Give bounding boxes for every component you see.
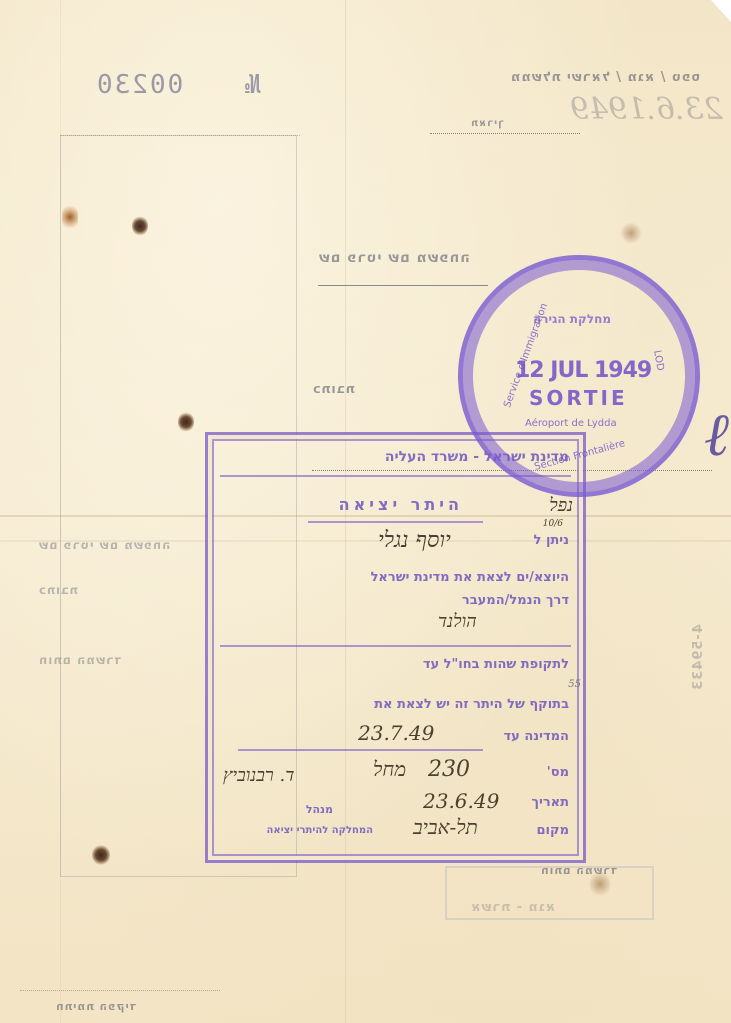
serial-prefix: № xyxy=(245,70,261,100)
stamp-sortie: SORTIE xyxy=(529,386,628,410)
stamp-date: 12 JUL 1949 xyxy=(515,358,651,383)
left-mirrored-text: שם פרטי שם משפחה xyxy=(38,538,170,552)
validity-text: בתוקף של היתר זה יש לצאת את xyxy=(374,697,569,712)
given-to-label: ניתן ל xyxy=(534,533,569,548)
exit-permit-stamp: מדינת ישראל - משרד העליה היתר יציאה נפל … xyxy=(205,432,586,863)
issue-date: 23.6.49 xyxy=(423,789,499,813)
exit-date-stamp: מחלקת הגירה 12 JUL 1949 SORTIE Aéroport … xyxy=(458,255,700,497)
stamp-ring-bottom: Section Frontalière xyxy=(533,438,626,473)
serial-number: 00230 xyxy=(95,70,183,100)
leave-by-date: 23.7.49 xyxy=(358,721,434,745)
date-label: תאריך xyxy=(470,118,504,129)
leave-by-label: המדינה עד xyxy=(504,729,569,744)
stain xyxy=(620,222,642,244)
stamp-ring-right: LOD xyxy=(651,349,665,371)
corner-date: 10/6 xyxy=(543,519,563,529)
corner-note: נפל xyxy=(549,495,573,516)
stamp-title: היתר יציאה xyxy=(339,495,463,514)
left-mirrored-text: כתובת xyxy=(38,583,78,597)
issue-place: תל-אביב xyxy=(413,815,478,840)
date-label: תאריך xyxy=(531,795,569,810)
official-signature: ד. רבנוביץ xyxy=(223,765,294,786)
burn-hole xyxy=(92,845,110,865)
name-underline xyxy=(318,285,488,286)
margin-note: 4-59433 xyxy=(691,624,706,691)
exit-country-text: היוצא/ים לצאת את מדינת ישראל xyxy=(371,570,569,585)
date-field-line xyxy=(430,133,580,134)
stamp-airport: Aéroport de Lydda xyxy=(525,418,617,429)
place-label: מקום xyxy=(537,823,570,838)
stamp-divider xyxy=(220,645,571,647)
stay-abroad-text: לתקופת שהות בחו"ל עד xyxy=(423,657,569,672)
handwritten-mark: ℓ xyxy=(704,400,729,470)
stamp-divider xyxy=(308,521,483,523)
address-line: כתובת xyxy=(312,382,355,397)
rust-stain xyxy=(62,205,78,229)
number-label: מס' xyxy=(547,765,569,780)
stain xyxy=(590,870,610,898)
side-number: 55 xyxy=(568,679,581,690)
left-mirrored-text: חותם המשרד xyxy=(38,653,121,667)
faint-date: 23.6.1949 xyxy=(570,92,723,127)
form-code: ממשלת ישראל / מגא / טפס xyxy=(510,70,700,85)
permit-number-extra: מחל xyxy=(373,757,406,782)
document-page: 00230 № ממשלת ישראל / מגא / טפס תאריך 23… xyxy=(0,0,731,1023)
ghost-stamp-text: אשרת - מגא xyxy=(470,900,555,915)
clerk-signature-label: חתימת הפקיד xyxy=(55,1000,136,1013)
name-line: שם פרטי שם משפחה xyxy=(318,250,470,266)
signature-line xyxy=(20,990,220,991)
department-label: המחלקה להיתרי יציאה xyxy=(267,825,373,836)
permit-number: 230 xyxy=(428,757,470,782)
port-text: דרך הנמל/המעבר xyxy=(462,593,569,608)
torn-corner xyxy=(711,0,731,22)
destination: הולנד xyxy=(438,611,477,632)
burn-hole xyxy=(132,216,148,236)
burn-hole xyxy=(178,412,194,432)
holder-name: יוסף נגלי xyxy=(378,527,451,553)
director-label: מנהל xyxy=(306,803,333,816)
stamp-divider xyxy=(238,749,483,751)
